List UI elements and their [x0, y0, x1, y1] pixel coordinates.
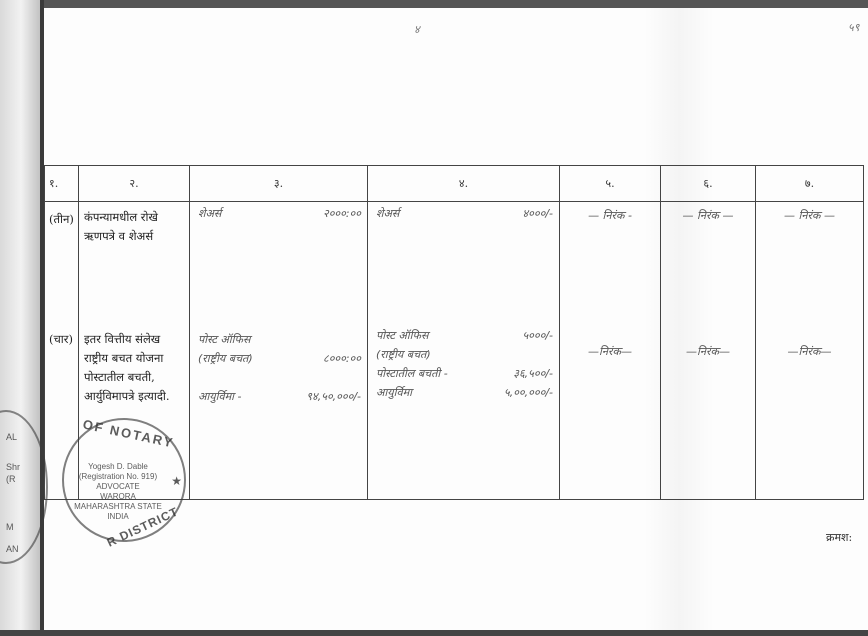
col6-cell: — निरंक — [661, 202, 756, 320]
header-col-5: ५. [560, 166, 661, 202]
entry-amount: ८०००:०० [323, 351, 361, 366]
entry: आयुर्विमा -९४,५०,०००/- [190, 389, 367, 408]
col4-cell: पोस्ट ऑफिस५०००/- (राष्ट्रीय बचत) पोस्टात… [368, 320, 560, 500]
nil-mark: — निरंक - [560, 202, 660, 223]
side-stamp-text: AL [6, 432, 17, 442]
entry: शेअर्स४०००/- [368, 206, 559, 225]
entry: पोस्टातील बचती -३६,५००/- [368, 366, 559, 385]
continued-mark: क्रमश: [826, 530, 852, 545]
entry-amount: २०००:०० [323, 206, 361, 221]
entry-label: शेअर्स [376, 206, 399, 221]
table-row: (तीन) कंपन्यामधील रोखे ऋणपत्रे व शेअर्स … [45, 202, 864, 320]
entry-label: पोस्ट ऑफिस [198, 332, 250, 347]
col7-cell: — निरंक — [756, 202, 864, 320]
entry-label: आयुर्विमा - [198, 389, 241, 404]
col7-cell: —निरंक— [756, 320, 864, 500]
nil-mark: —निरंक— [661, 320, 755, 359]
description-line: आर्युविमापत्रे इत्यादी. [84, 387, 189, 406]
entry-label: शेअर्स [198, 206, 221, 221]
header-col-6: ६. [661, 166, 756, 202]
col3-cell: शेअर्स२०००:०० [190, 202, 368, 320]
col3-cell: पोस्ट ऑफिस (राष्ट्रीय बचत)८०००:०० आयुर्व… [190, 320, 368, 500]
stamp-line: (Registration No. 919) [68, 472, 168, 482]
entry-amount: ५,००,०००/- [504, 385, 553, 400]
col5-cell: —निरंक— [560, 320, 661, 500]
stamp-line: WARORA [68, 492, 168, 502]
header-col-2: २. [79, 166, 190, 202]
entry-amount: ३६,५००/- [513, 366, 553, 381]
description-line: पोस्टातील बचती, [84, 368, 189, 387]
description-line: राष्ट्रीय बचत योजना [84, 349, 189, 368]
nil-mark: — निरंक — [756, 202, 863, 223]
header-col-4: ४. [368, 166, 560, 202]
row-serial: (चार) [45, 320, 78, 347]
entry-label: (राष्ट्रीय बचत) [376, 347, 431, 362]
col4-cell: शेअर्स४०००/- [368, 202, 560, 320]
page-mark-center: ४ [414, 22, 420, 37]
side-stamp-text: AN [6, 544, 19, 554]
header-col-3: ३. [190, 166, 368, 202]
stamp-line: MAHARASHTRA STATE [68, 502, 168, 512]
entry [190, 370, 367, 389]
description-line: इतर वित्तीय संलेख [84, 330, 189, 349]
entry: पोस्ट ऑफिस५०००/- [368, 328, 559, 347]
header-col-7: ७. [756, 166, 864, 202]
row-serial: (तीन) [45, 202, 78, 227]
col5-cell: — निरंक - [560, 202, 661, 320]
star-icon: ★ [171, 474, 182, 488]
header-col-1: १. [45, 166, 79, 202]
entry: (राष्ट्रीय बचत) [368, 347, 559, 366]
entry: (राष्ट्रीय बचत)८०००:०० [190, 351, 367, 370]
nil-mark: — निरंक — [661, 202, 755, 223]
nil-mark: —निरंक— [560, 320, 660, 359]
entry: आयुर्विमा५,००,०००/- [368, 385, 559, 404]
row-description-cell: कंपन्यामधील रोखे ऋणपत्रे व शेअर्स [79, 202, 190, 320]
description-line: ऋणपत्रे व शेअर्स [84, 227, 189, 246]
table-header-row: १. २. ३. ४. ५. ६. ७. [45, 166, 864, 202]
description-line: कंपन्यामधील रोखे [84, 208, 189, 227]
entry-label: पोस्टातील बचती - [376, 366, 448, 381]
stamp-line: ADVOCATE [68, 482, 168, 492]
entry-amount: ४०००/- [522, 206, 553, 221]
nil-mark: —निरंक— [756, 320, 863, 359]
entry-label: पोस्ट ऑफिस [376, 328, 428, 343]
entry: शेअर्स२०००:०० [190, 206, 367, 225]
entry: पोस्ट ऑफिस [190, 332, 367, 351]
scan-bottom-edge [0, 630, 868, 636]
row-serial-cell: (तीन) [45, 202, 79, 320]
col6-cell: —निरंक— [661, 320, 756, 500]
side-stamp-text: (R [6, 474, 16, 484]
entry-label: आयुर्विमा [376, 385, 412, 400]
side-stamp-text: M [6, 522, 14, 532]
page-mark-right: ५९ [848, 20, 859, 35]
side-stamp-text: Shr [6, 462, 20, 472]
entry-amount: ९४,५०,०००/- [306, 389, 361, 404]
notary-stamp: OF NOTARY Yogesh D. Dable (Registration … [62, 418, 186, 542]
entry-amount: ५०००/- [522, 328, 553, 343]
entry-label: (राष्ट्रीय बचत) [198, 351, 253, 366]
stamp-line: Yogesh D. Dable [68, 462, 168, 472]
